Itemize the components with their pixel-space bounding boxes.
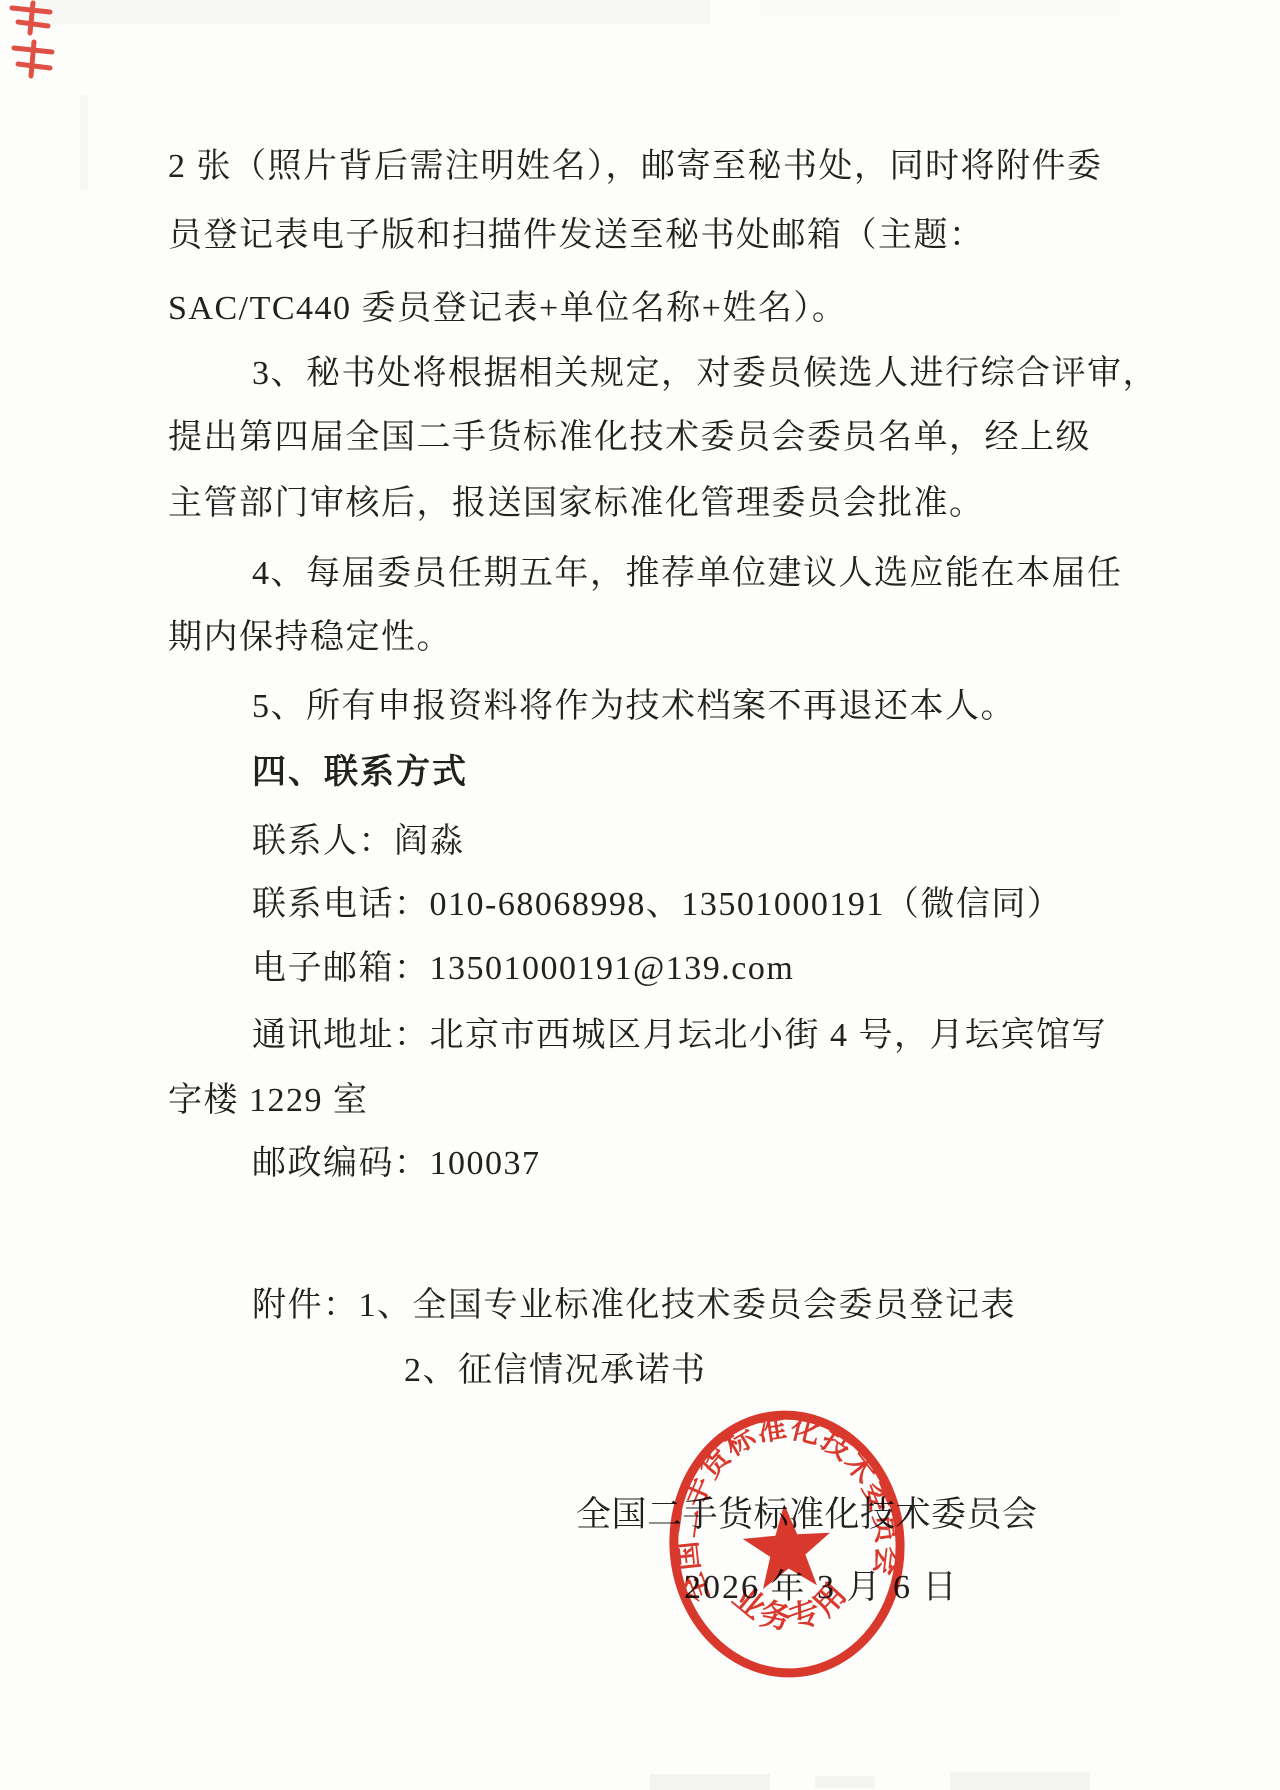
contact-phone: 联系电话：010-68068998、13501000191（微信同） [252,888,1062,922]
body-line-5: 提出第四届全国二手货标准化技术委员会委员名单，经上级 [168,421,1091,455]
seal-star-icon [740,1501,833,1590]
body-line-7: 4、每届委员任期五年，推荐单位建议人选应能在本届任 [252,557,1123,591]
body-line-1: 2 张（照片背后需注明姓名），邮寄至秘书处，同时将附件委 [168,150,1103,184]
contact-person: 联系人：阎淼 [252,825,465,859]
scan-artifact [815,1776,875,1788]
contact-email: 电子邮箱：13501000191@139.com [252,952,794,986]
contact-address-1: 通讯地址：北京市西城区月坛北小街 4 号，月坛宾馆写 [252,1019,1107,1053]
contact-address-2: 字楼 1229 室 [168,1084,369,1118]
body-line-4: 3、秘书处将根据相关规定，对委员候选人进行综合评审， [252,357,1158,391]
body-line-9: 5、所有申报资料将作为技术档案不再退还本人。 [252,690,1016,724]
body-line-6: 主管部门审核后，报送国家标准化管理委员会批准。 [168,487,985,521]
body-line-2: 员登记表电子版和扫描件发送至秘书处邮箱（主题： [168,219,985,253]
seal-bottom-text: 业务专用 [724,1572,858,1642]
contact-heading: 四、联系方式 [252,756,468,790]
attachment-1: 附件：1、全国专业标准化技术委员会委员登记表 [252,1289,1016,1323]
official-seal: 全国二手货标准化技术委员会 业务专用 [642,1393,931,1696]
scan-artifact [30,0,710,24]
body-line-8: 期内保持稳定性。 [168,621,452,655]
body-line-3: SAC/TC440 委员登记表+单位名称+姓名）。 [168,292,847,326]
scan-artifact [950,1772,1090,1790]
scan-artifact [650,1774,770,1790]
scan-artifact [760,0,1120,16]
document-page: 2 张（照片背后需注明姓名），邮寄至秘书处，同时将附件委 员登记表电子版和扫描件… [0,0,1280,1790]
scan-artifact [80,95,88,190]
red-corner-stamp-fragment [6,0,70,84]
postal-code: 邮政编码：100037 [252,1147,541,1181]
attachment-2: 2、征信情况承诺书 [404,1354,707,1388]
